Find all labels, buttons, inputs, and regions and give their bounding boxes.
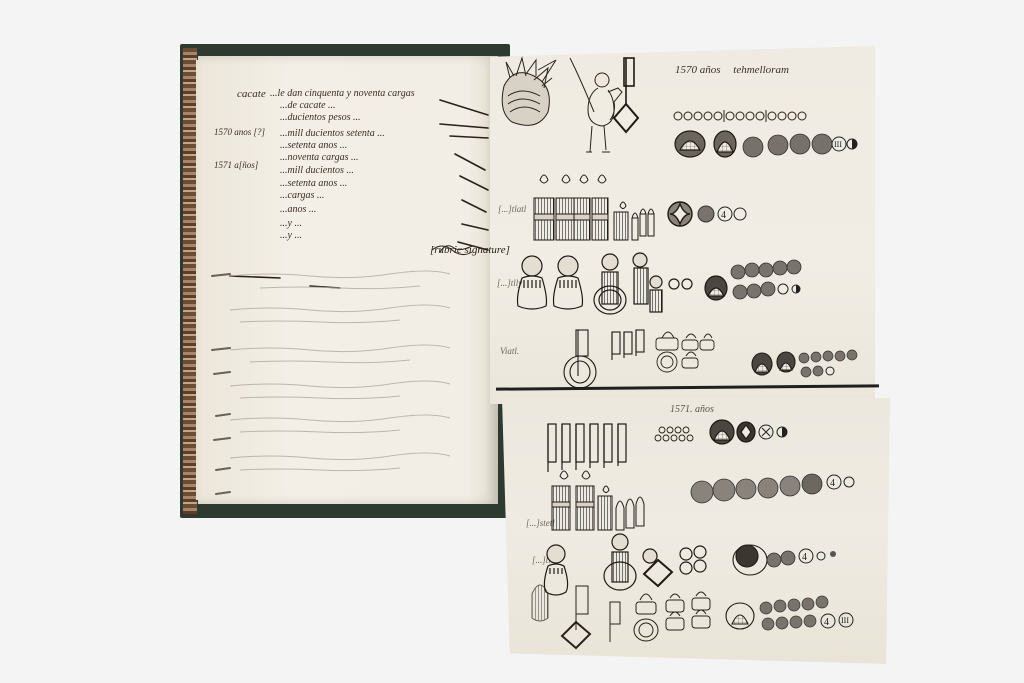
grain-basket-glyphs <box>675 131 736 157</box>
grain-basket-glyph-1571b <box>726 603 754 629</box>
dark-circles-row <box>799 350 857 377</box>
dark-circle-icon <box>698 206 714 222</box>
pictograph-drawings: III 4 <box>490 46 890 666</box>
numeral-four: 4 <box>824 617 829 628</box>
dark-circles-row <box>743 134 832 157</box>
torch-bundles-row-1571 <box>552 471 644 530</box>
flag-diamond-glyph-icon <box>614 58 638 132</box>
book-spine-edge <box>183 48 197 514</box>
half-circle-icon <box>777 427 787 437</box>
numeral-four: 4 <box>802 552 807 563</box>
flag-glyphs-row-1571 <box>548 424 626 472</box>
dark-circles-row <box>731 260 801 299</box>
small-circle-icon <box>778 284 788 294</box>
diamond-disc-icon <box>668 202 692 226</box>
dot-icon <box>830 551 836 557</box>
sack-glyphs-row <box>518 253 693 314</box>
small-circle-icon <box>817 552 825 560</box>
grain-basket-glyphs <box>752 352 795 375</box>
x-circle-icon <box>759 425 773 439</box>
grain-basket-glyph-2 <box>705 276 727 300</box>
roman-three: III <box>834 140 842 149</box>
diamond-disc-icon <box>737 422 755 442</box>
large-dark-disc-icon <box>733 545 767 575</box>
flag-glyphs-row <box>564 330 644 388</box>
numeral-four: 4 <box>830 478 835 489</box>
dark-circles-row <box>691 474 822 503</box>
small-circle-icon <box>826 367 834 375</box>
small-circle-icon <box>844 477 854 487</box>
dark-circles-row <box>767 551 795 567</box>
shield-glyph-icon <box>502 58 556 125</box>
warrior-figure-icon <box>570 58 622 152</box>
small-circle-icon <box>734 208 746 220</box>
left-page-ink-strokes <box>200 80 500 520</box>
grain-basket-glyph-1571 <box>710 420 734 444</box>
roman-three: III <box>841 616 849 625</box>
numeral-four: 4 <box>721 210 726 221</box>
torch-bundles-row <box>534 175 654 240</box>
count-circles-row <box>655 427 693 441</box>
sack-glyphs-row-1571 <box>544 534 706 595</box>
half-circle-icon <box>792 285 800 293</box>
dark-circles-row <box>760 596 828 630</box>
count-circles-row <box>674 110 806 122</box>
jar-glyphs-row <box>656 332 714 372</box>
half-circle-icon <box>847 139 857 149</box>
